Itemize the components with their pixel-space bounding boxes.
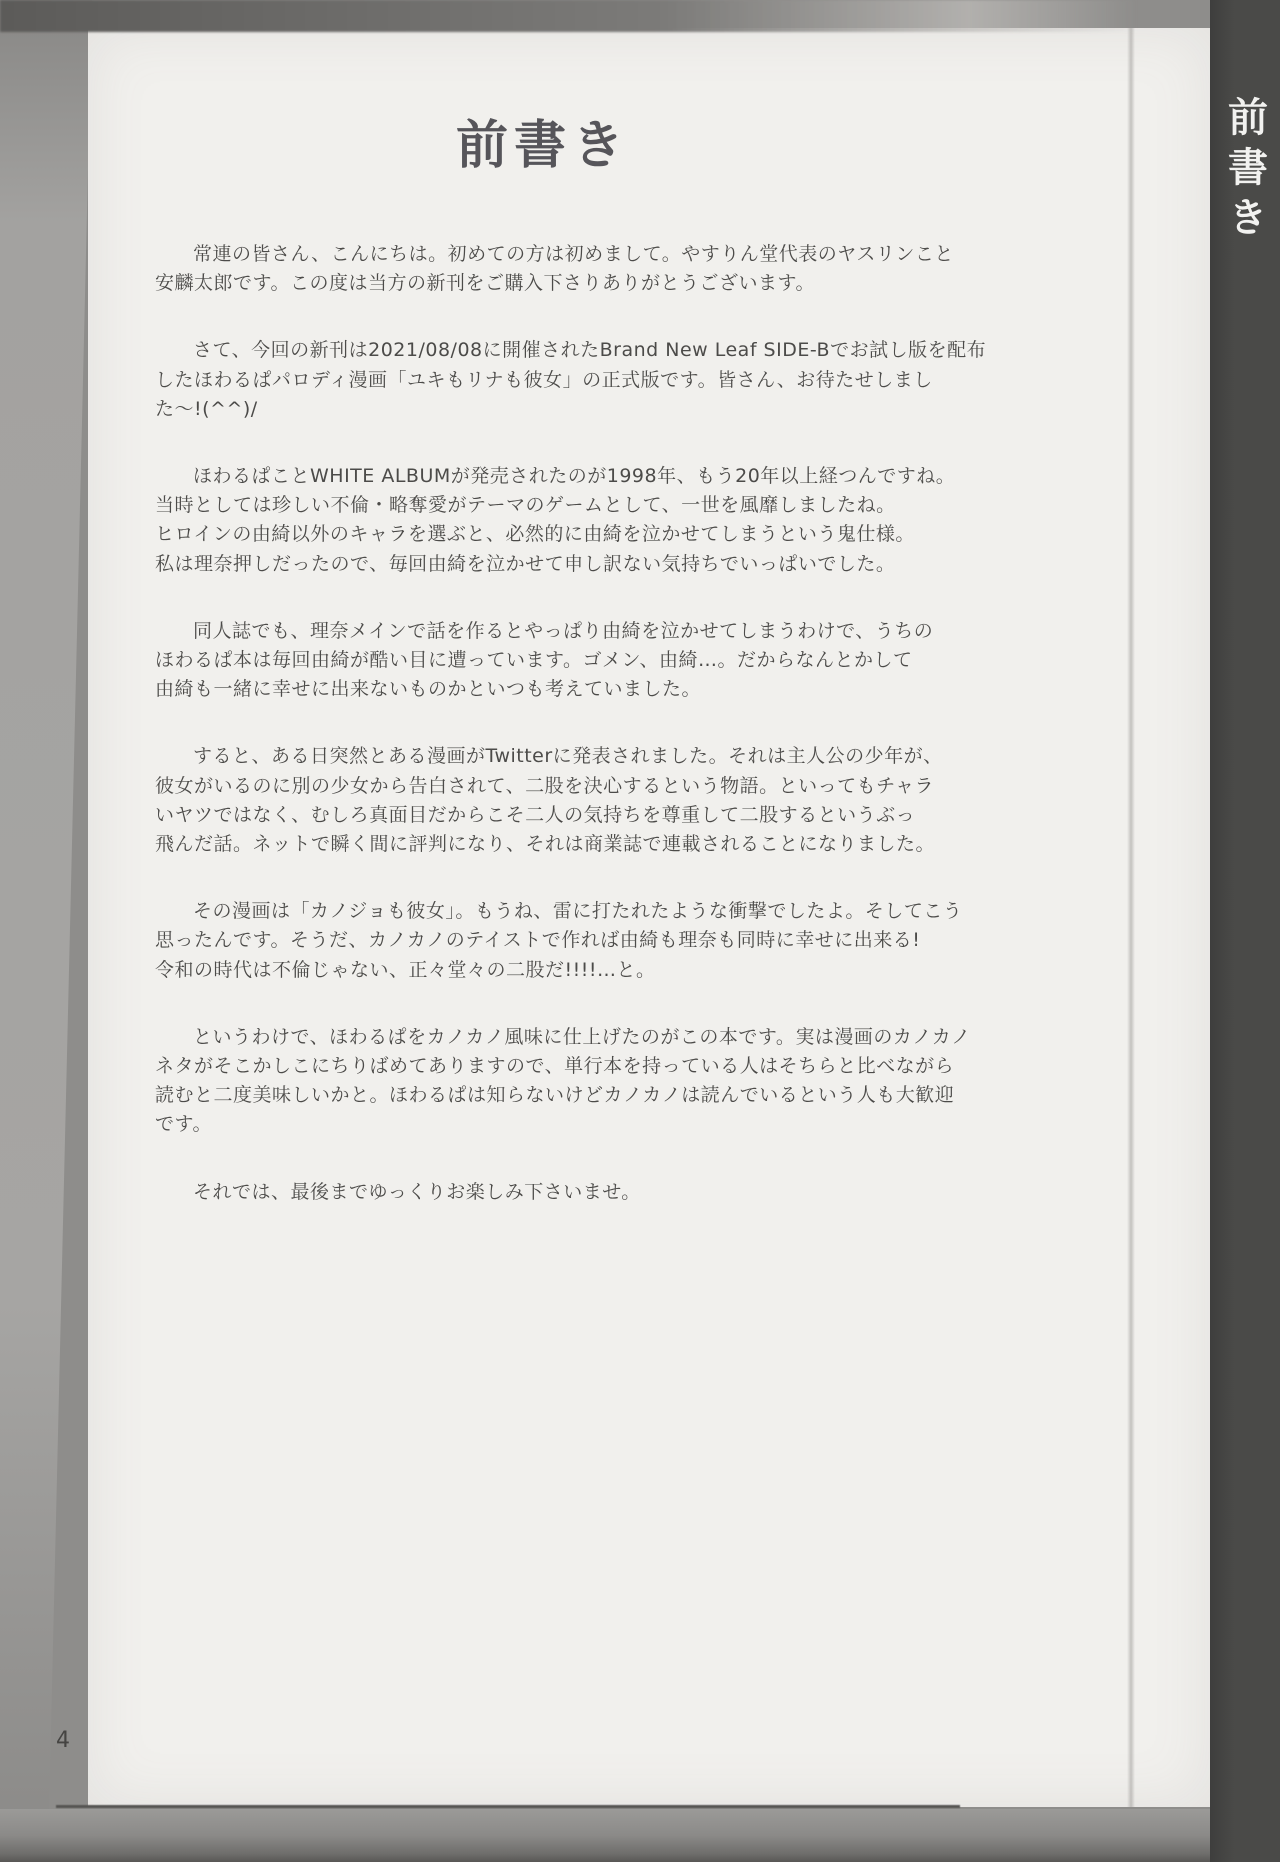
preface-text: 常連の皆さん、こんにちは。初めての方は初めまして。やすりん堂代表のヤスリンこと安…	[155, 240, 1155, 1245]
paragraph: ほわるぱことWHITE ALBUMが発売されたのが1998年、もう20年以上経つ…	[155, 462, 1155, 579]
text-line: 安麟太郎です。この度は当方の新刊をご購入下さりありがとうございます。	[155, 269, 1155, 298]
text-line: 由綺も一緒に幸せに出来ないものかといつも考えていました。	[155, 675, 1155, 704]
paragraph: それでは、最後までゆっくりお楽しみ下さいませ。	[155, 1178, 1155, 1207]
text-line: 私は理奈押しだったので、毎回由綺を泣かせて申し訳ない気持ちでいっぱいでした。	[155, 550, 1155, 579]
text-line: すると、ある日突然とある漫画がTwitterに発表されました。それは主人公の少年…	[155, 742, 1155, 771]
text-line: 同人誌でも、理奈メインで話を作るとやっぱり由綺を泣かせてしまうわけで、うちの	[155, 617, 1155, 646]
paragraph: その漫画は「カノジョも彼女」。もうね、雷に打たれたような衝撃でしたよ。そしてこう…	[155, 897, 1155, 985]
paragraph: というわけで、ほわるぱをカノカノ風味に仕上げたのがこの本です。実は漫画のカノカノ…	[155, 1023, 1155, 1140]
text-line: したほわるぱパロディ漫画「ユキもリナも彼女」の正式版です。皆さん、お待たせしまし	[155, 366, 1155, 395]
text-line: 彼女がいるのに別の少女から告白されて、二股を決心するという物語。といってもチャラ	[155, 772, 1155, 801]
scan-left-edge	[0, 0, 92, 1862]
page-number: 4	[56, 1728, 70, 1753]
chapter-tab: 前書き	[1210, 0, 1280, 1862]
text-line: です。	[155, 1110, 1155, 1139]
text-line: それでは、最後までゆっくりお楽しみ下さいませ。	[155, 1178, 1155, 1207]
text-line: さて、今回の新刊は2021/08/08に開催されたBrand New Leaf …	[155, 336, 1155, 365]
page-bottom-edge-line	[56, 1805, 960, 1808]
text-line: というわけで、ほわるぱをカノカノ風味に仕上げたのがこの本です。実は漫画のカノカノ	[155, 1023, 1155, 1052]
text-line: 読むと二度美味しいかと。ほわるぱは知らないけどカノカノは読んでいるという人も大歓…	[155, 1081, 1155, 1110]
page-title: 前書き	[88, 103, 998, 178]
text-line: その漫画は「カノジョも彼女」。もうね、雷に打たれたような衝撃でしたよ。そしてこう	[155, 897, 1155, 926]
text-line: 当時としては珍しい不倫・略奪愛がテーマのゲームとして、一世を風靡しましたね。	[155, 491, 1155, 520]
text-line: 思ったんです。そうだ、カノカノのテイストで作れば由綺も理奈も同時に幸せに出来る!	[155, 926, 1155, 955]
text-line: ほわるぱ本は毎回由綺が酷い目に遭っています。ゴメン、由綺…。だからなんとかして	[155, 646, 1155, 675]
paragraph: 同人誌でも、理奈メインで話を作るとやっぱり由綺を泣かせてしまうわけで、うちのほわ…	[155, 617, 1155, 705]
page: 前書き 常連の皆さん、こんにちは。初めての方は初めまして。やすりん堂代表のヤスリ…	[88, 28, 1210, 1807]
scanned-page: 前書き 常連の皆さん、こんにちは。初めての方は初めまして。やすりん堂代表のヤスリ…	[0, 0, 1280, 1862]
paragraph: さて、今回の新刊は2021/08/08に開催されたBrand New Leaf …	[155, 336, 1155, 424]
text-line: ヒロインの由綺以外のキャラを選ぶと、必然的に由綺を泣かせてしまうという鬼仕様。	[155, 520, 1155, 549]
page-gutter-shadow	[1127, 28, 1135, 1807]
text-line: いヤツではなく、むしろ真面目だからこそ二人の気持ちを尊重して二股するというぶっ	[155, 801, 1155, 830]
scan-bottom-edge	[0, 1809, 1280, 1862]
text-line: 令和の時代は不倫じゃない、正々堂々の二股だ!!!!…と。	[155, 956, 1155, 985]
text-line: ネタがそこかしこにちりばめてありますので、単行本を持っている人はそちらと比べなが…	[155, 1052, 1155, 1081]
paragraph: 常連の皆さん、こんにちは。初めての方は初めまして。やすりん堂代表のヤスリンこと安…	[155, 240, 1155, 298]
paragraph: すると、ある日突然とある漫画がTwitterに発表されました。それは主人公の少年…	[155, 742, 1155, 859]
scan-top-edge	[0, 0, 1210, 32]
chapter-tab-label: 前書き	[1217, 96, 1274, 1862]
text-line: 常連の皆さん、こんにちは。初めての方は初めまして。やすりん堂代表のヤスリンこと	[155, 240, 1155, 269]
text-line: た〜!(^^)/	[155, 395, 1155, 424]
text-line: ほわるぱことWHITE ALBUMが発売されたのが1998年、もう20年以上経つ…	[155, 462, 1155, 491]
text-line: 飛んだ話。ネットで瞬く間に評判になり、それは商業誌で連載されることになりました。	[155, 830, 1155, 859]
